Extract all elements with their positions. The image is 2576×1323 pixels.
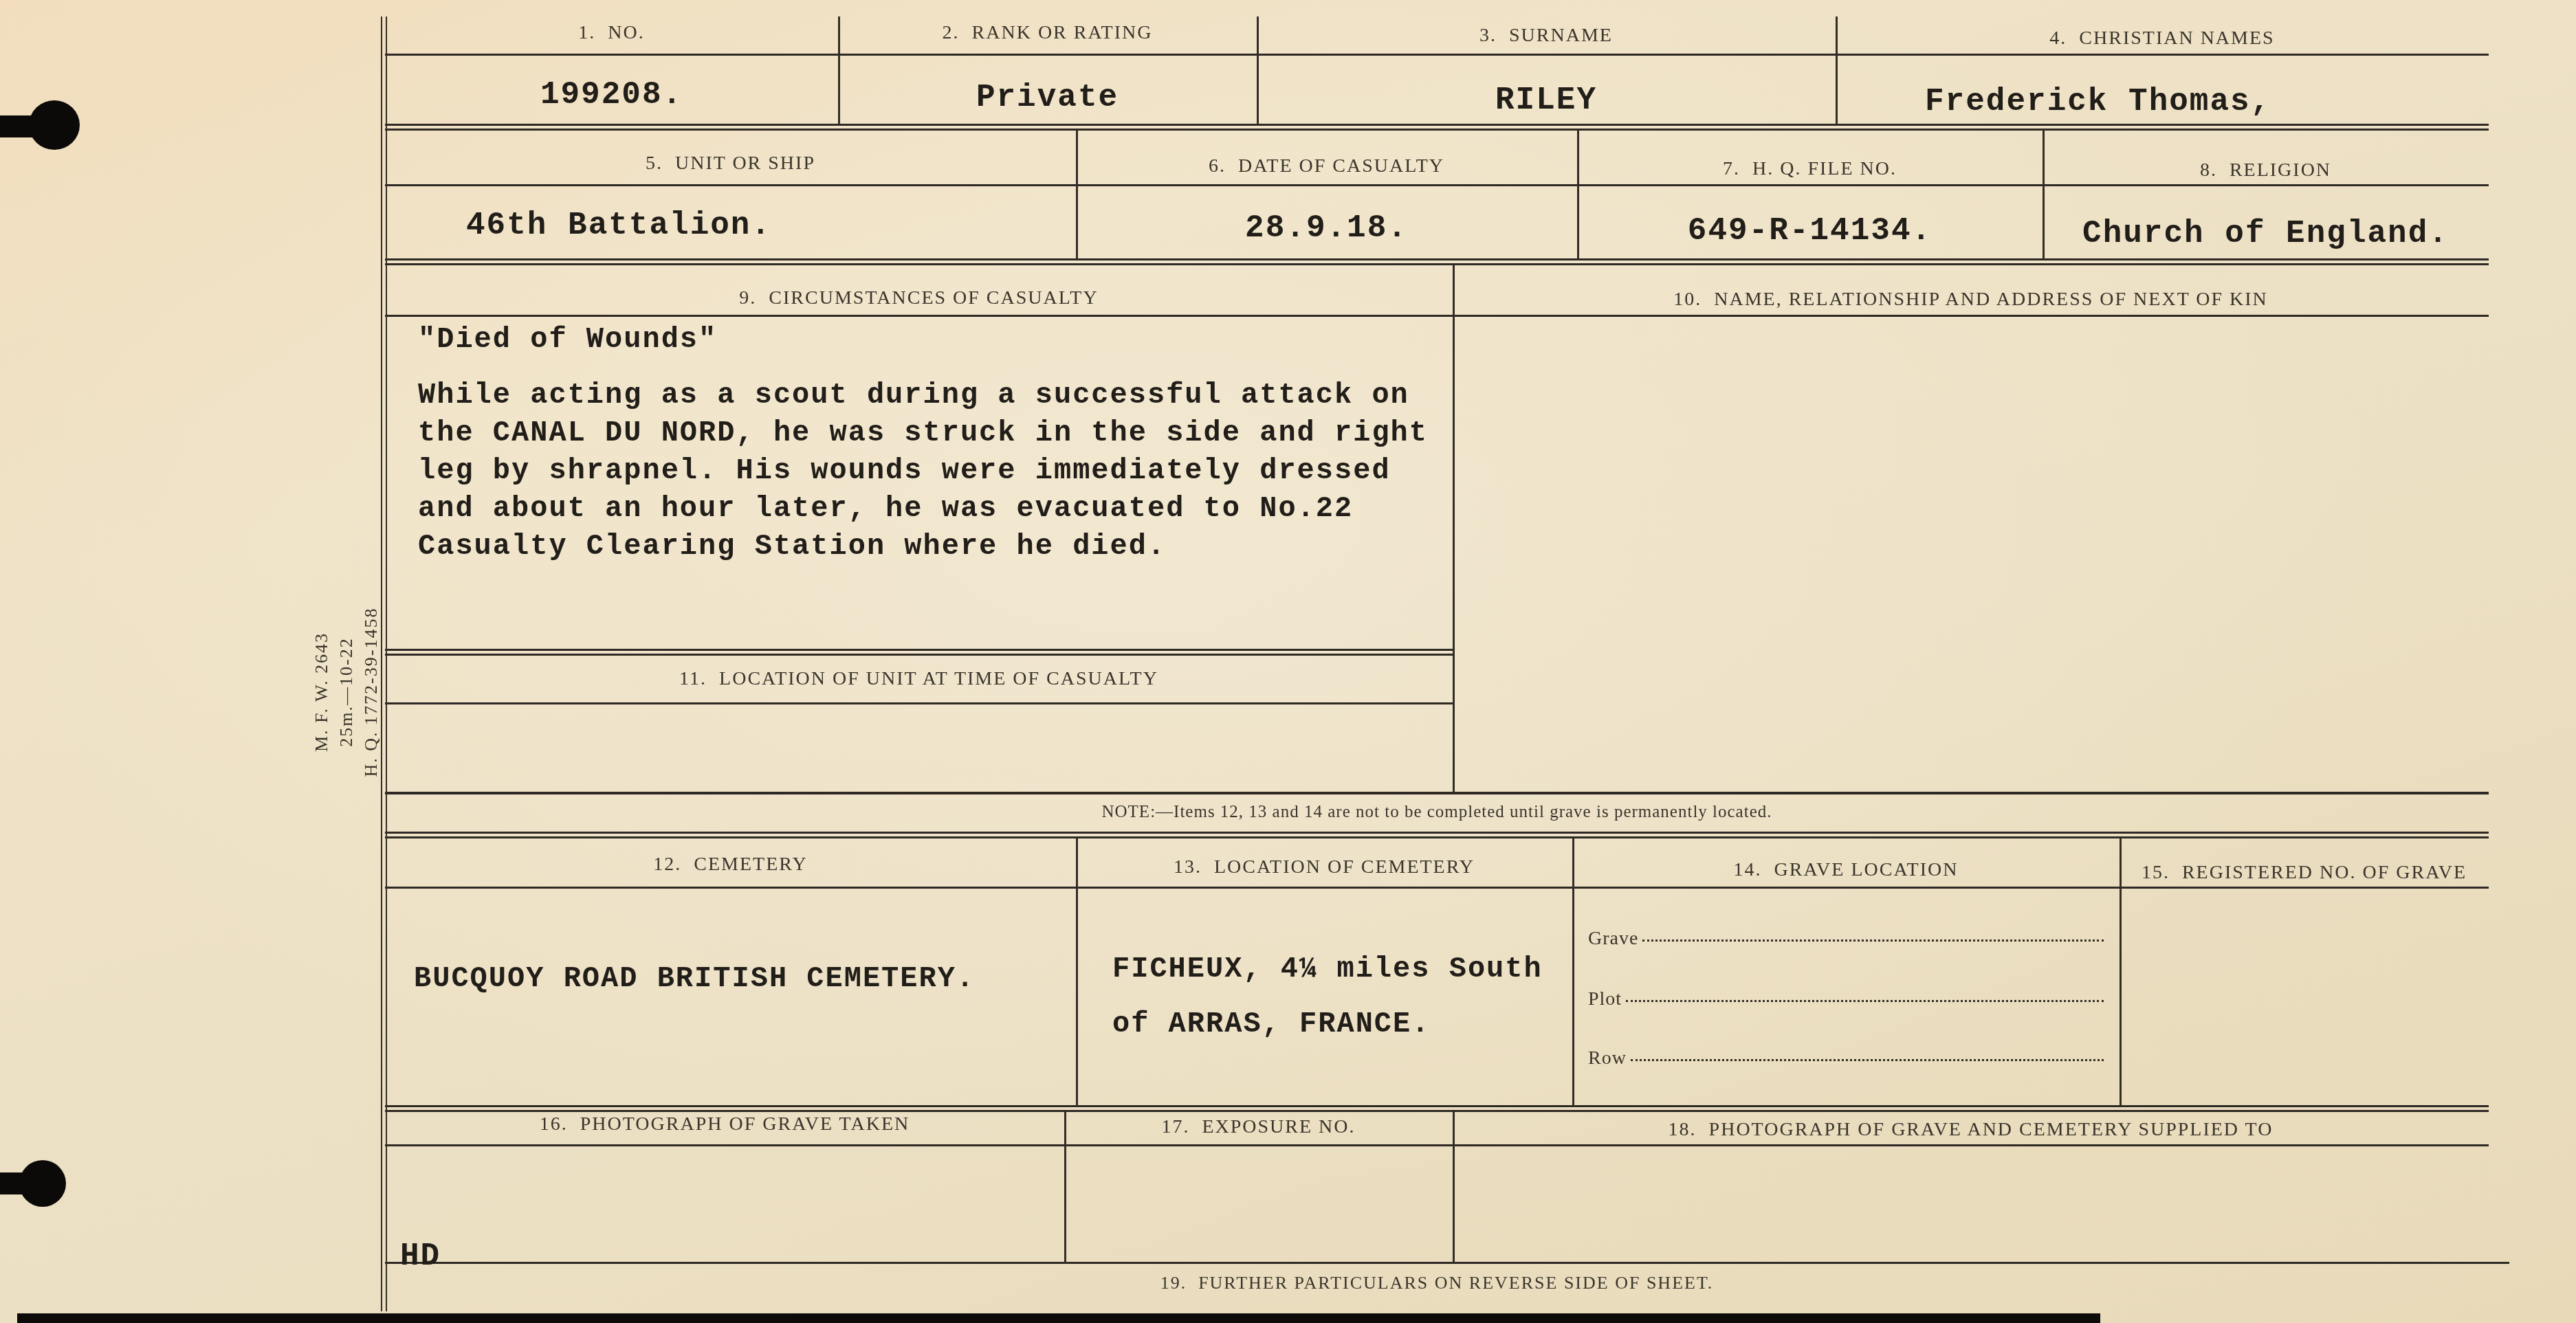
grave-row: Grave (1588, 928, 2104, 950)
registered-no-label: 15. REGISTERED NO. OF GRAVE (2120, 862, 2489, 884)
cemetery-location-value: FICHEUX, 4¼ miles South of ARRAS, FRANCE… (1112, 942, 1543, 1052)
grid-line (385, 315, 2489, 317)
grave-field-line (1642, 939, 2104, 942)
punch-hole-bottom (19, 1160, 66, 1207)
grid-line (385, 887, 2489, 889)
unit-location-label: 11. LOCATION OF UNIT AT TIME OF CASUALTY (385, 668, 1453, 690)
field-christian-names-value: Frederick Thomas, (1925, 84, 2271, 120)
photo-supplied-label: 18. PHOTOGRAPH OF GRAVE AND CEMETERY SUP… (1453, 1119, 2489, 1141)
field-religion-value: Church of England. (2043, 216, 2489, 252)
plot-field-label: Plot (1588, 988, 1622, 1010)
grid-line (385, 54, 2489, 56)
circumstances-body: While acting as a scout during a success… (418, 377, 1429, 566)
hd-stamp: HD (400, 1238, 441, 1274)
grid-line (1453, 265, 1455, 793)
grave-field-label: Grave (1588, 928, 1638, 950)
row-field-label: Row (1588, 1047, 1627, 1069)
photo-taken-label: 16. PHOTOGRAPH OF GRAVE TAKEN (385, 1113, 1064, 1135)
grid-line (385, 702, 1453, 704)
field-rank-label: 2. RANK OR RATING (838, 22, 1257, 44)
exposure-no-label: 17. EXPOSURE NO. (1064, 1116, 1453, 1138)
grid-line (385, 832, 2489, 838)
field-unit-label: 5. UNIT OR SHIP (385, 153, 1076, 175)
form-reference-line2: 25m.—10-22 (334, 579, 359, 805)
grave-location-label: 14. GRAVE LOCATION (1572, 859, 2120, 881)
grid-line (385, 258, 2489, 265)
footer-note: 19. FURTHER PARTICULARS ON REVERSE SIDE … (385, 1273, 2489, 1293)
field-hq-file-label: 7. H. Q. FILE NO. (1577, 158, 2043, 180)
field-religion-label: 8. RELIGION (2043, 159, 2489, 181)
field-christian-names-label: 4. CHRISTIAN NAMES (1836, 27, 2489, 49)
circumstances-quote: "Died of Wounds" (418, 323, 717, 356)
field-no-value: 199208. (385, 77, 838, 113)
cemetery-label: 12. CEMETERY (385, 854, 1076, 876)
casualty-record-page: M. F. W. 2643 25m.—10-22 H. Q. 1772-39-1… (0, 0, 2576, 1323)
grid-line (385, 649, 1453, 656)
scan-edge-strip (17, 1313, 2100, 1323)
grid-line (385, 1105, 2489, 1112)
field-date-value: 28.9.18. (1076, 210, 1577, 246)
grid-line (385, 1144, 2489, 1146)
row-field-line (1631, 1058, 2104, 1061)
field-hq-file-value: 649-R-14134. (1577, 213, 2043, 249)
field-surname-value: RILEY (1257, 82, 1836, 118)
grid-line (385, 124, 2489, 131)
note-items-12-13-14: NOTE:—Items 12, 13 and 14 are not to be … (385, 803, 2489, 822)
cemetery-value: BUCQUOY ROAD BRITISH CEMETERY. (414, 962, 975, 995)
grid-line (385, 184, 2489, 186)
grid-line (385, 1262, 2509, 1264)
plot-row: Plot (1588, 988, 2104, 1010)
row-field-row: Row (1588, 1047, 2104, 1069)
form-reference-line1: M. F. W. 2643 (309, 579, 334, 805)
grid-line (385, 792, 2489, 794)
next-of-kin-label: 10. NAME, RELATIONSHIP AND ADDRESS OF NE… (1453, 289, 2489, 311)
field-rank-value: Private (838, 80, 1257, 115)
form-reference-line3: H. Q. 1772-39-1458 (359, 579, 384, 805)
field-date-label: 6. DATE OF CASUALTY (1076, 155, 1577, 177)
cemetery-location-label: 13. LOCATION OF CEMETERY (1076, 856, 1572, 878)
field-no-label: 1. NO. (385, 22, 838, 44)
circumstances-label: 9. CIRCUMSTANCES OF CASUALTY (385, 287, 1453, 309)
form-reference-margin: M. F. W. 2643 25m.—10-22 H. Q. 1772-39-1… (309, 579, 385, 805)
grid-line (1076, 838, 1078, 1107)
punch-hole-top (29, 100, 80, 150)
field-surname-label: 3. SURNAME (1257, 25, 1836, 47)
field-unit-value: 46th Battalion. (466, 208, 771, 243)
plot-field-line (1626, 999, 2104, 1002)
